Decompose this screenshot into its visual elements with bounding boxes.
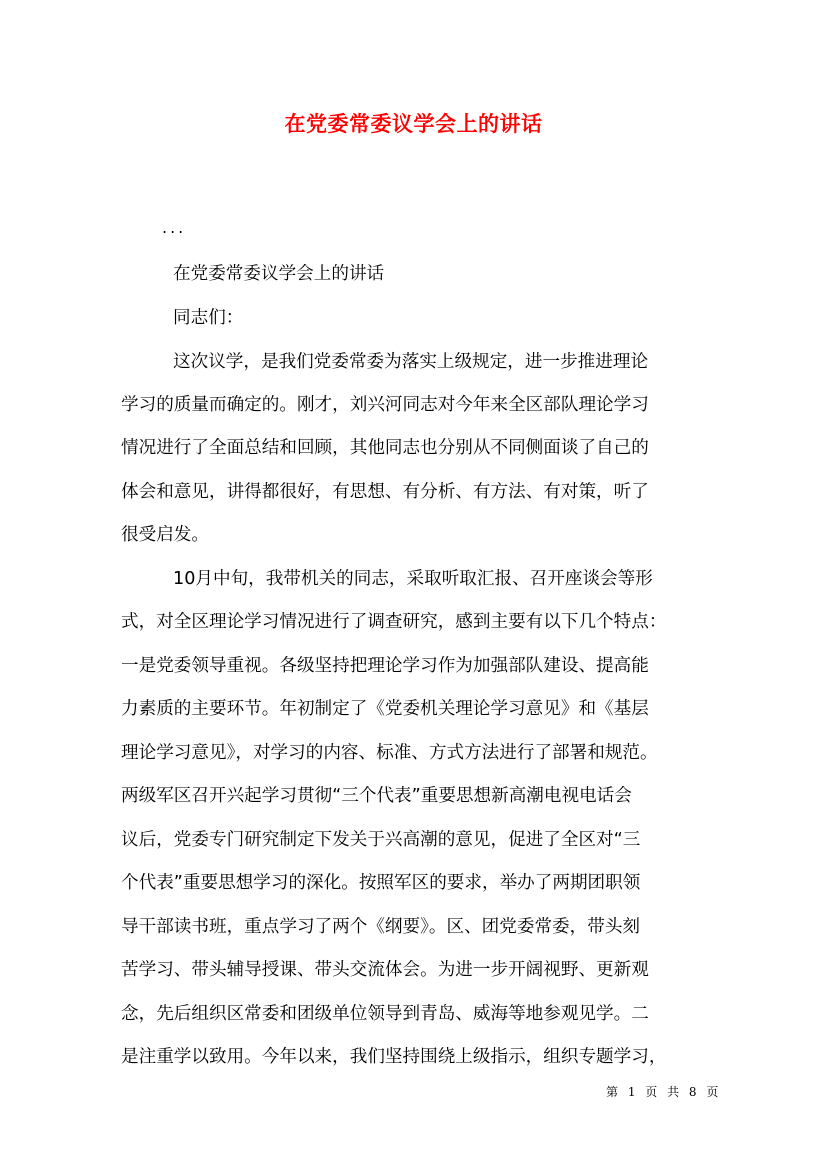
paragraph-line: 很受启发。 bbox=[121, 523, 721, 547]
page-footer: 第 1 页 共 8 页 bbox=[606, 1083, 721, 1100]
paragraph-line: 导干部读书班，重点学习了两个《纲要》。区、团党委常委，带头刻 bbox=[121, 915, 721, 939]
paragraph-line: 10月中旬，我带机关的同志，采取听取汇报、召开座谈会等形 bbox=[173, 567, 773, 591]
paragraph-line: 这次议学，是我们党委常委为落实上级规定，进一步推进理论 bbox=[173, 350, 773, 374]
paragraph-line: 念，先后组织区常委和团级单位领导到青岛、威海等地参观见学。二 bbox=[121, 1002, 721, 1026]
paragraph-line: 同志们： bbox=[173, 306, 773, 330]
paragraph-line: 在党委常委议学会上的讲话 bbox=[173, 262, 773, 286]
paragraph-line: 一是党委领导重视。各级坚持把理论学习作为加强部队建设、提高能 bbox=[121, 654, 721, 678]
paragraph-line: 理论学习意见》，对学习的内容、标准、方式方法进行了部署和规范。 bbox=[121, 741, 721, 765]
paragraph-line: 苦学习、带头辅导授课、带头交流体会。为进一步开阔视野、更新观 bbox=[121, 958, 721, 982]
paragraph-line: 式，对全区理论学习情况进行了调查研究，感到主要有以下几个特点： bbox=[121, 610, 721, 634]
paragraph-line: 力素质的主要环节。年初制定了《党委机关理论学习意见》和《基层 bbox=[121, 697, 721, 721]
paragraph-line: 个代表”重要思想学习的深化。按照军区的要求，举办了两期团职领 bbox=[121, 871, 721, 895]
paragraph-line: 体会和意见，讲得都很好，有思想、有分析、有方法、有对策，听了 bbox=[121, 480, 721, 504]
paragraph-line: 议后，党委专门研究制定下发关于兴高潮的意见，促进了全区对“三 bbox=[121, 828, 721, 852]
paragraph-line: 情况进行了全面总结和回顾，其他同志也分别从不同侧面谈了自己的 bbox=[121, 436, 721, 460]
document-title: 在党委常委议学会上的讲话 bbox=[0, 108, 827, 138]
ellipsis-marker: ... bbox=[162, 218, 186, 237]
paragraph-line: 两级军区召开兴起学习贯彻“三个代表”重要思想新高潮电视电话会 bbox=[121, 784, 721, 808]
paragraph-line: 学习的质量而确定的。刚才，刘兴河同志对今年来全区部队理论学习 bbox=[121, 393, 721, 417]
paragraph-line: 是注重学以致用。今年以来，我们坚持围绕上级指示，组织专题学习， bbox=[121, 1045, 721, 1069]
